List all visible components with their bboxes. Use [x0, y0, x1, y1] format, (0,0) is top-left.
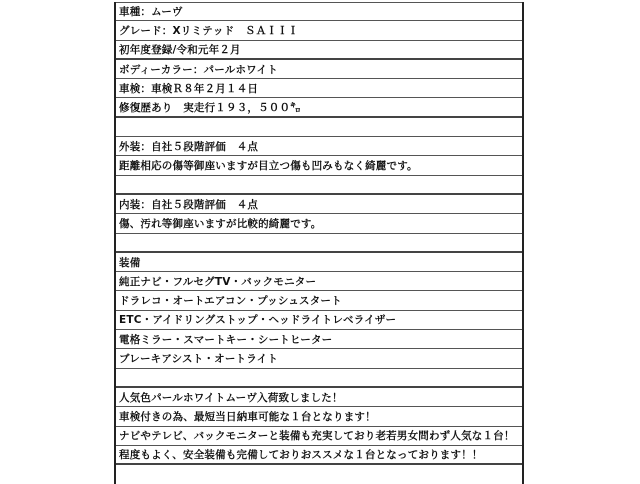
row-equipment-5: ブレーキアシスト・オートライト [116, 349, 522, 368]
row-equipment-1: 純正ナビ・フルセグTV・バックモニター [116, 272, 522, 291]
row-promo-1: 人気色パールホワイトムーヴ入荷致しました！ [116, 388, 522, 407]
row-spacer [116, 118, 522, 137]
row-equipment-heading: 装備 [116, 253, 522, 272]
row-interior-rating: 内装：自社５段階評価 ４点 [116, 195, 522, 214]
row-equipment-2: ドラレコ・オートエアコン・プッシュスタート [116, 291, 522, 310]
row-exterior-rating: 外装：自社５段階評価 ４点 [116, 137, 522, 156]
row-promo-2: 車検付きの為、最短当日納車可能な１台となります！ [116, 407, 522, 426]
vehicle-spec-sheet: 車種：ムーヴ グレード：Xリミテッド ＳＡＩＩＩ 初年度登録/令和元年２月 ボデ… [114, 2, 524, 480]
row-equipment-3: ETC・アイドリングストップ・ヘッドライトレベライザー [116, 311, 522, 330]
row-promo-4: 程度もよく、安全装備も完備しておりおススメな１台となっております！！ [116, 446, 522, 465]
row-model: 車種：ムーヴ [116, 2, 522, 21]
row-spacer [116, 369, 522, 388]
row-equipment-4: 電格ミラー・スマートキー・シートヒーター [116, 330, 522, 349]
row-body-color: ボディーカラー：パールホワイト [116, 60, 522, 79]
row-promo-3: ナビやテレビ、バックモニターと装備も充実しており老若男女問わず人気な１台！ [116, 427, 522, 446]
row-grade: グレード：Xリミテッド ＳＡＩＩＩ [116, 21, 522, 40]
row-spacer [116, 465, 522, 480]
row-spacer [116, 176, 522, 195]
row-repair-history-mileage: 修復歴あり 実走行１９３，５００㌔ [116, 98, 522, 117]
row-inspection: 車検：車検Ｒ８年２月１４日 [116, 79, 522, 98]
row-interior-comment: 傷、汚れ等御座いますが比較的綺麗です。 [116, 214, 522, 233]
row-spacer [116, 234, 522, 253]
row-first-registration: 初年度登録/令和元年２月 [116, 41, 522, 60]
row-exterior-comment: 距離相応の傷等御座いますが目立つ傷も凹みもなく綺麗です。 [116, 156, 522, 175]
